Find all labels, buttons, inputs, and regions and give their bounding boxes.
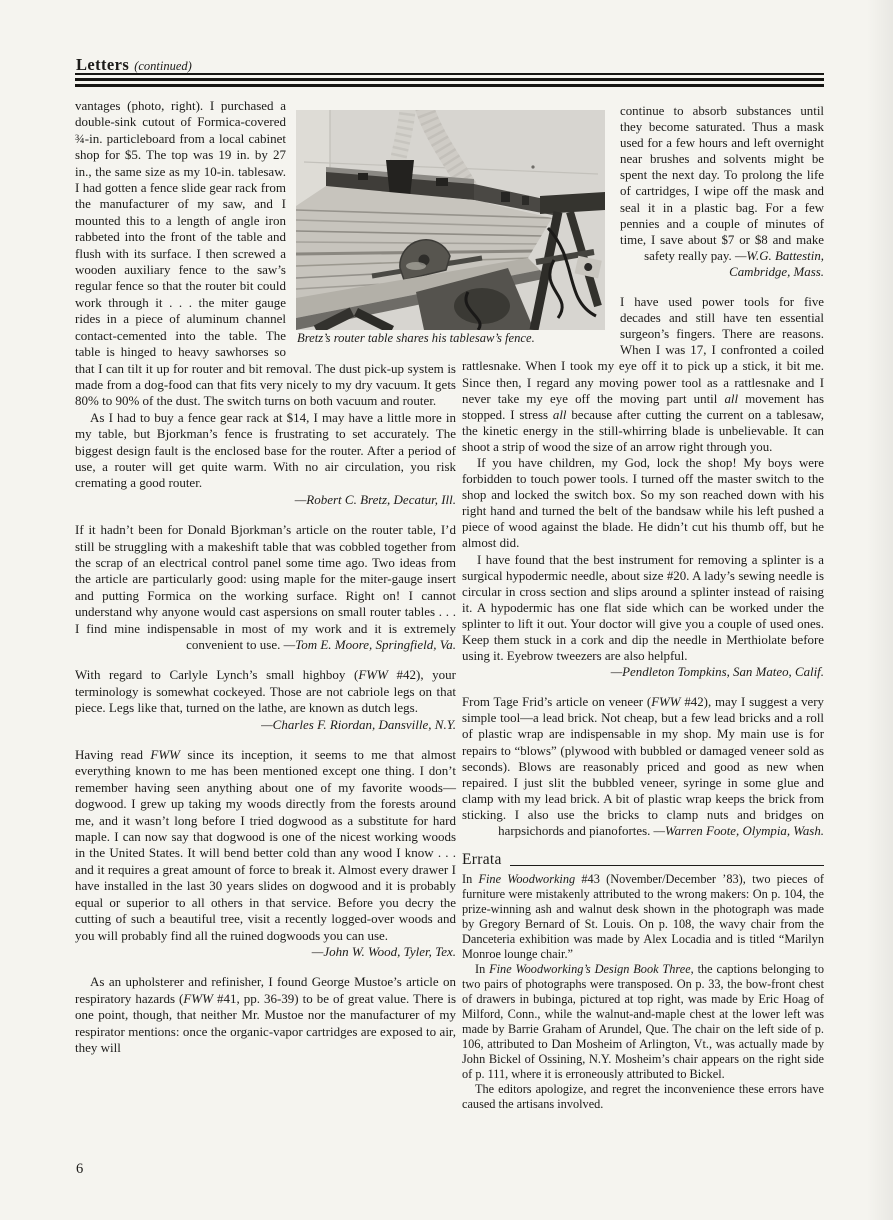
right-column: continue to absorb substances until they… (462, 103, 824, 1112)
errata-rule (510, 865, 824, 866)
letter-riordan: With regard to Carlyle Lynch’s small hig… (75, 667, 456, 716)
page-header: Letters(continued) (76, 55, 192, 75)
errata-text: In Fine Woodworking #43 (November/Decemb… (462, 872, 824, 1112)
letter-wood-signature: —John W. Wood, Tyler, Tex. (75, 944, 456, 960)
letter-bretz-body-2: As I had to buy a fence gear rack at $14… (75, 410, 456, 492)
photo-wrap-spacer-left (286, 98, 456, 358)
letter-tompkins-body-3: I have found that the best instrument fo… (462, 552, 824, 665)
errata-header: Errata (462, 852, 824, 868)
letter-tompkins-signature: —Pendleton Tompkins, San Mateo, Calif. (462, 664, 824, 680)
errata-item-3: The editors apologize, and regret the in… (462, 1082, 824, 1112)
errata-section: Errata In Fine Woodworking #43 (November… (462, 852, 824, 1112)
letter-tompkins-body-2: If you have children, my God, lock the s… (462, 455, 824, 552)
section-continued-label: (continued) (134, 59, 192, 73)
magazine-page: Letters(continued) (0, 0, 893, 1220)
letter-bretz-signature: —Robert C. Bretz, Decatur, Ill. (75, 492, 456, 508)
errata-title: Errata (462, 852, 502, 868)
photo-wrap-spacer-right (462, 103, 620, 353)
letter-foote: From Tage Frid’s article on veneer (FWW … (462, 694, 824, 839)
letter-moore: If it hadn’t been for Donald Bjorkman’s … (75, 522, 456, 653)
page-number: 6 (76, 1161, 83, 1178)
letter-battestin-start: As an upholsterer and refinisher, I foun… (75, 974, 456, 1056)
letter-wood: Having read FWW since its inception, it … (75, 747, 456, 944)
errata-item-1: In Fine Woodworking #43 (November/Decemb… (462, 872, 824, 962)
header-rule-double (75, 78, 824, 87)
left-column: vantages (photo, right). I purchased a d… (75, 98, 456, 1056)
header-rule-thin (75, 73, 824, 75)
section-title: Letters (76, 55, 129, 74)
letter-riordan-signature: —Charles F. Riordan, Dansville, N.Y. (75, 717, 456, 733)
errata-item-2: In Fine Woodworking’s Design Book Three,… (462, 962, 824, 1082)
